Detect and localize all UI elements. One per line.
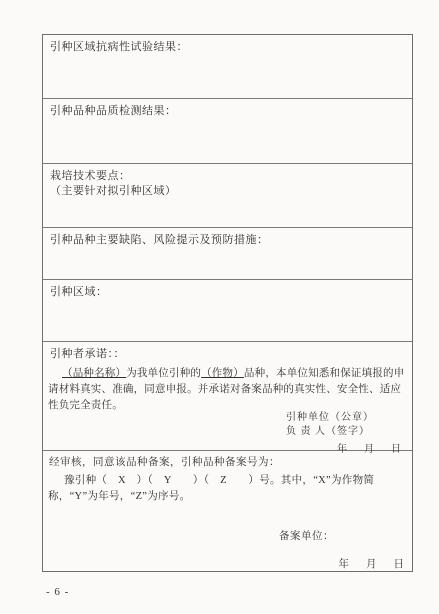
field-label: 引种区域抗病性试验结果： (43, 35, 412, 55)
field-review-approval: 经审核，同意该品种备案，引种品种备案号为： 豫引种（ X ）（ Y ）（ Z ）… (43, 451, 412, 571)
signature-block: 引种单位（公章） 负 责 人（签字） (286, 411, 374, 439)
field-disease-resistance-test-results: 引种区域抗病性试验结果： (43, 35, 412, 99)
variety-introduction-filing-form: 引种区域抗病性试验结果： 引种品种品质检测结果： 栽培技术要点： （主要针对拟引… (42, 34, 413, 572)
year-label: 年 (339, 556, 350, 571)
commitment-text-mid: 为我单位引种的 (126, 368, 201, 379)
month-label: 月 (366, 556, 377, 571)
field-introduction-region: 引种区域： (43, 280, 412, 342)
commitment-label: 引种者承诺：： (43, 342, 412, 362)
field-label: 栽培技术要点： (43, 164, 412, 184)
field-label: 引种品种主要缺陷、风险提示及预防措施： (43, 228, 412, 248)
scanned-form-page: 引种区域抗病性试验结果： 引种品种品质检测结果： 栽培技术要点： （主要针对拟引… (0, 0, 439, 614)
field-variety-quality-test-results: 引种品种品质检测结果： (43, 99, 412, 164)
day-label: 日 (394, 556, 405, 571)
field-cultivation-technique-points: 栽培技术要点： （主要针对拟引种区域） (43, 164, 412, 228)
field-introducer-commitment: 引种者承诺：： （品种名称）为我单位引种的（作物）品种，本单位知悉和保证填报的申… (43, 342, 412, 451)
person-signature-label: 负 责 人（签字） (286, 425, 374, 439)
filing-date-line: 年月日 (339, 556, 405, 571)
unit-seal-label: 引种单位（公章） (286, 411, 374, 425)
field-label: 引种区域： (43, 280, 412, 300)
filing-unit-label: 备案单位： (279, 528, 334, 543)
page-number: - 6 - (46, 586, 69, 598)
commitment-paragraph: （品种名称）为我单位引种的（作物）品种，本单位知悉和保证填报的申请材料真实、准确… (48, 366, 406, 414)
field-sublabel: （主要针对拟引种区域） (43, 184, 412, 199)
variety-name-blank: （品种名称） (62, 368, 126, 379)
filing-number-rule-text: 豫引种（ X ）（ Y ）（ Z ）号。其中，“X”为作物简称，“Y”为年号，“… (48, 473, 404, 505)
field-main-defects-risk-warnings: 引种品种主要缺陷、风险提示及预防措施： (43, 228, 412, 280)
review-intro-text: 经审核，同意该品种备案，引种品种备案号为： (49, 455, 280, 471)
field-label: 引种品种品质检测结果： (43, 99, 412, 119)
crop-name-blank: （作物） (201, 368, 244, 379)
